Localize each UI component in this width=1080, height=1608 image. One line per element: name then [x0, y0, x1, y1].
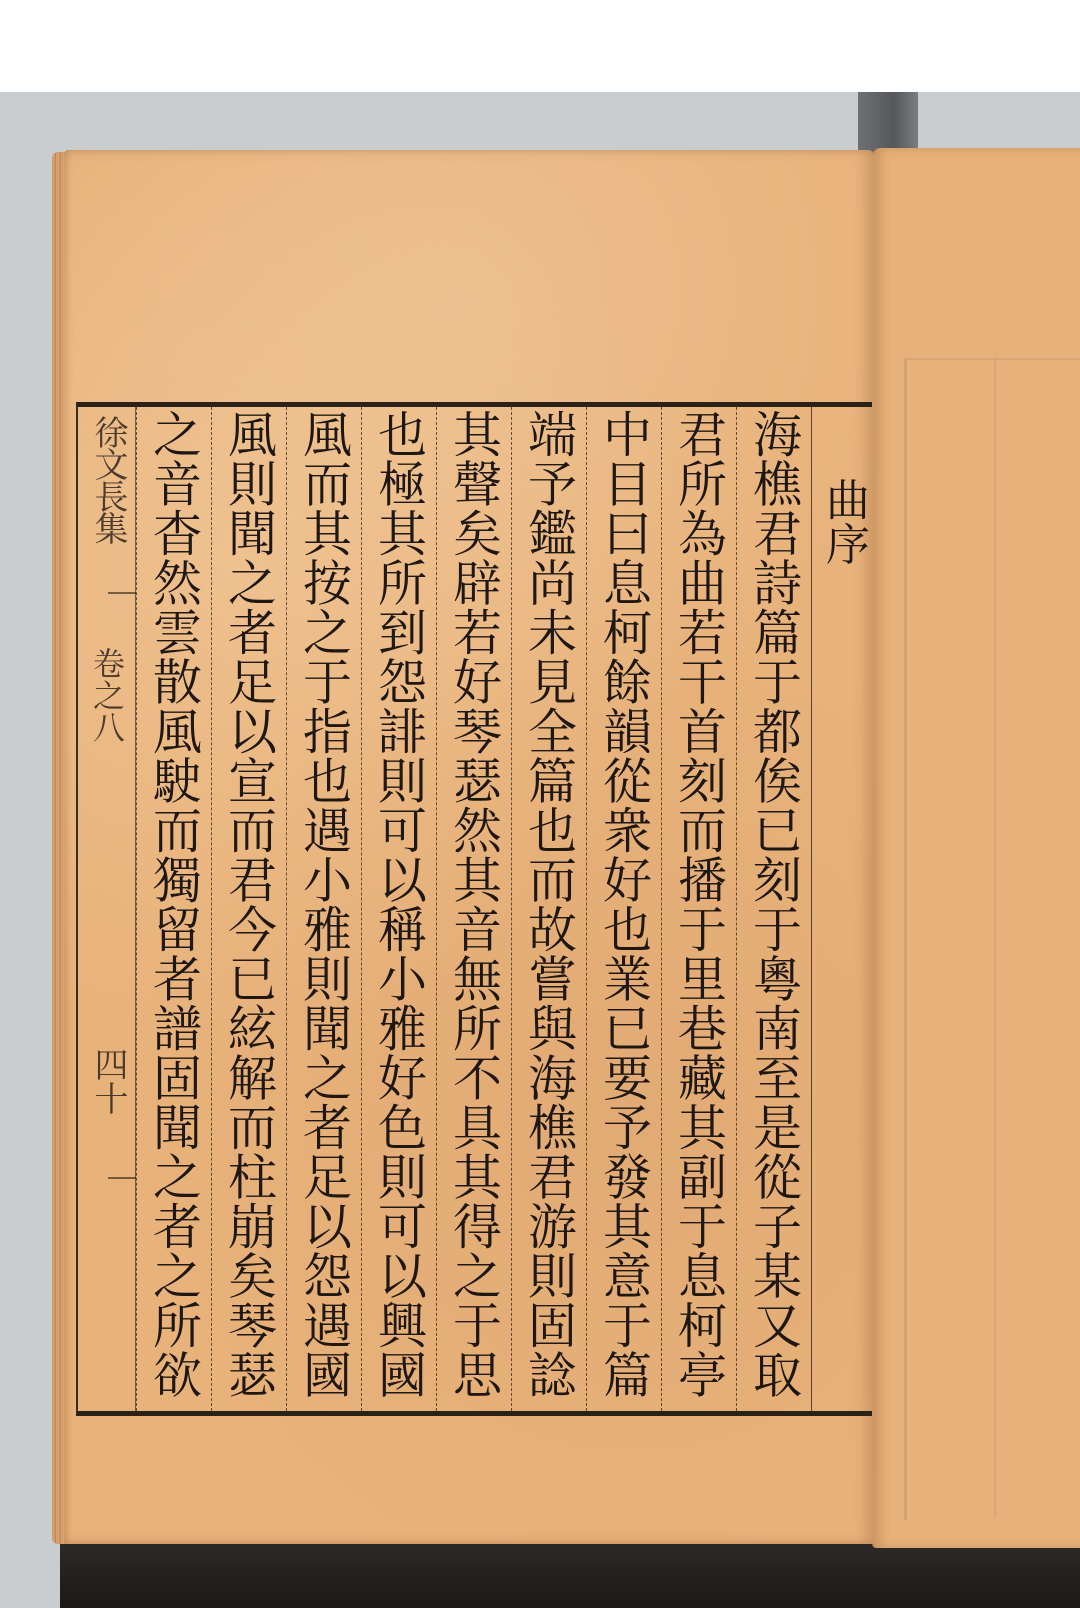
- section-title: 曲序: [821, 477, 865, 566]
- text-column-9: 之音杳然雲散風駛而獨留者譜固聞之者之所欲: [136, 407, 211, 1411]
- text-column-7: 風而其按之于指也遇小雅則聞之者足以怨遇國: [286, 407, 361, 1411]
- text-column-3: 中目曰息柯餘韻從衆好也業已要予發其意于篇: [586, 407, 661, 1411]
- top-margin: [0, 0, 1080, 92]
- margin-rule: [108, 1177, 136, 1179]
- margin-rule: [108, 592, 136, 594]
- book-title: 徐文長集: [84, 415, 133, 543]
- text-column-1: 海樵君詩篇于都俟已刻于粵南至是從子某又取: [736, 407, 811, 1411]
- bottom-shadow: [60, 1540, 1080, 1608]
- text-column-4: 端予鑑尚未見全篇也而故嘗與海樵君游則固諗: [511, 407, 586, 1411]
- bleed-through-frame: [904, 358, 1080, 1520]
- text-column-2: 君所為曲若干首刻而播于里巷藏其副于息柯亭: [661, 407, 736, 1411]
- right-page: [872, 148, 1080, 1548]
- folio-number: 四十: [84, 1047, 133, 1115]
- printed-frame: 徐文長集 卷之八 四十 之音杳然雲散風駛而獨留者譜固聞之者之所欲 風則聞之者足以…: [76, 402, 872, 1416]
- text-column-5: 其聲矣辟若好琴瑟然其音無所不具其得之于思: [436, 407, 511, 1411]
- section-title-column: 曲序: [811, 407, 874, 1411]
- text-column-8: 風則聞之者足以宣而君今已絃解而柱崩矣琴瑟: [211, 407, 286, 1411]
- text-column-6: 也極其所到怨誹則可以稱小雅好色則可以興國: [361, 407, 436, 1411]
- volume-label: 卷之八: [84, 647, 130, 743]
- left-page: 徐文長集 卷之八 四十 之音杳然雲散風駛而獨留者譜固聞之者之所欲 風則聞之者足以…: [64, 150, 874, 1544]
- bleed-through-line: [994, 358, 996, 1518]
- center-margin: 徐文長集 卷之八 四十: [78, 407, 136, 1411]
